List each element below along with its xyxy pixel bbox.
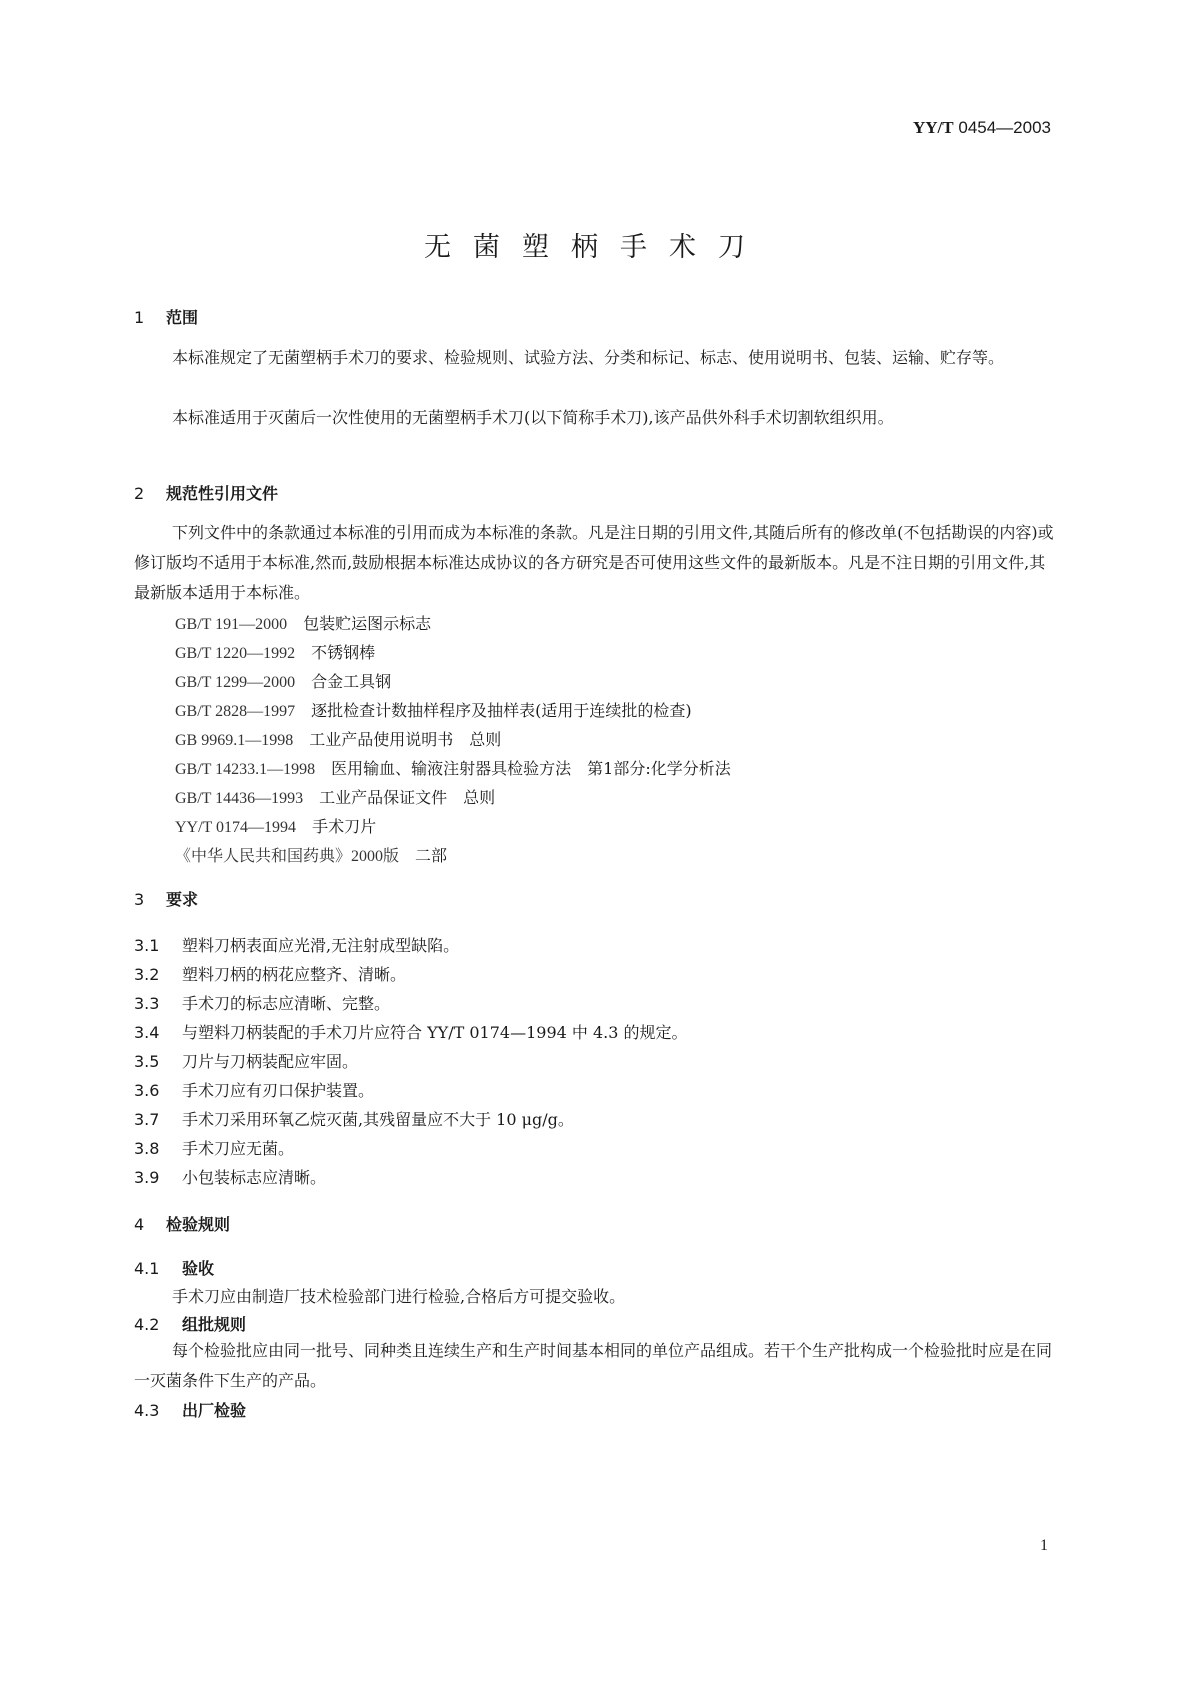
section-4-heading: 4检验规则 — [134, 1212, 230, 1235]
reference-item: YY/T 0174—1994 手术刀片 — [175, 814, 376, 837]
requirement-item: 3.3手术刀的标志应清晰、完整。 — [134, 991, 390, 1014]
standard-prefix: YY/T — [913, 118, 954, 137]
requirement-item: 3.9小包装标志应清晰。 — [134, 1165, 326, 1188]
section-number: 1 — [134, 308, 166, 327]
reference-item: GB/T 2828—1997 逐批检查计数抽样程序及抽样表(适用于连续批的检查) — [175, 698, 692, 721]
reference-item: GB/T 1299—2000 合金工具钢 — [175, 669, 391, 692]
subsection-4-1-heading: 4.1验收 — [134, 1256, 214, 1279]
section-title: 规范性引用文件 — [166, 484, 278, 503]
requirement-item: 3.2塑料刀柄的柄花应整齐、清晰。 — [134, 962, 406, 985]
section-title: 范围 — [166, 308, 198, 327]
standard-code: YY/T 0454—2003 — [913, 118, 1051, 138]
requirement-item: 3.8手术刀应无菌。 — [134, 1136, 294, 1159]
reference-item: GB/T 14436—1993 工业产品保证文件 总则 — [175, 785, 495, 808]
requirement-item: 3.4与塑料刀柄装配的手术刀片应符合 YY/T 0174—1994 中 4.3 … — [134, 1020, 688, 1043]
requirement-item: 3.5刀片与刀柄装配应牢固。 — [134, 1049, 358, 1072]
reference-item: GB/T 14233.1—1998 医用输血、输液注射器具检验方法 第1部分:化… — [175, 756, 731, 779]
section-1-paragraph-2: 本标准适用于灭菌后一次性使用的无菌塑柄手术刀(以下简称手术刀),该产品供外科手术… — [134, 403, 1059, 433]
section-number: 2 — [134, 484, 166, 503]
requirement-item: 3.1塑料刀柄表面应光滑,无注射成型缺陷。 — [134, 933, 459, 956]
section-title: 检验规则 — [166, 1215, 230, 1234]
section-1-paragraph-1: 本标准规定了无菌塑柄手术刀的要求、检验规则、试验方法、分类和标记、标志、使用说明… — [134, 343, 1059, 373]
subsection-4-2-heading: 4.2组批规则 — [134, 1312, 246, 1335]
section-1-heading: 1范围 — [134, 305, 198, 328]
subsection-4-3-heading: 4.3出厂检验 — [134, 1398, 246, 1421]
section-number: 4 — [134, 1215, 166, 1234]
section-2-heading: 2规范性引用文件 — [134, 481, 278, 504]
subsection-4-1-text: 手术刀应由制造厂技术检验部门进行检验,合格后方可提交验收。 — [172, 1284, 625, 1307]
requirement-item: 3.7手术刀采用环氧乙烷灭菌,其残留量应不大于 10 μg/g。 — [134, 1107, 574, 1130]
document-title: 无菌塑柄手术刀 — [0, 225, 1191, 264]
subsection-4-2-text: 每个检验批应由同一批号、同种类且连续生产和生产时间基本相同的单位产品组成。若干个… — [134, 1336, 1059, 1396]
section-3-heading: 3要求 — [134, 887, 198, 910]
reference-item: 《中华人民共和国药典》2000版 二部 — [175, 843, 447, 866]
section-title: 要求 — [166, 890, 198, 909]
standard-number: 0454—2003 — [958, 118, 1051, 137]
page-number: 1 — [1040, 1537, 1048, 1555]
requirement-item: 3.6手术刀应有刃口保护装置。 — [134, 1078, 374, 1101]
section-2-paragraph: 下列文件中的条款通过本标准的引用而成为本标准的条款。凡是注日期的引用文件,其随后… — [134, 518, 1059, 608]
reference-item: GB/T 191—2000 包装贮运图示标志 — [175, 611, 431, 634]
reference-item: GB/T 1220—1992 不锈钢棒 — [175, 640, 375, 663]
section-number: 3 — [134, 890, 166, 909]
reference-item: GB 9969.1—1998 工业产品使用说明书 总则 — [175, 727, 501, 750]
